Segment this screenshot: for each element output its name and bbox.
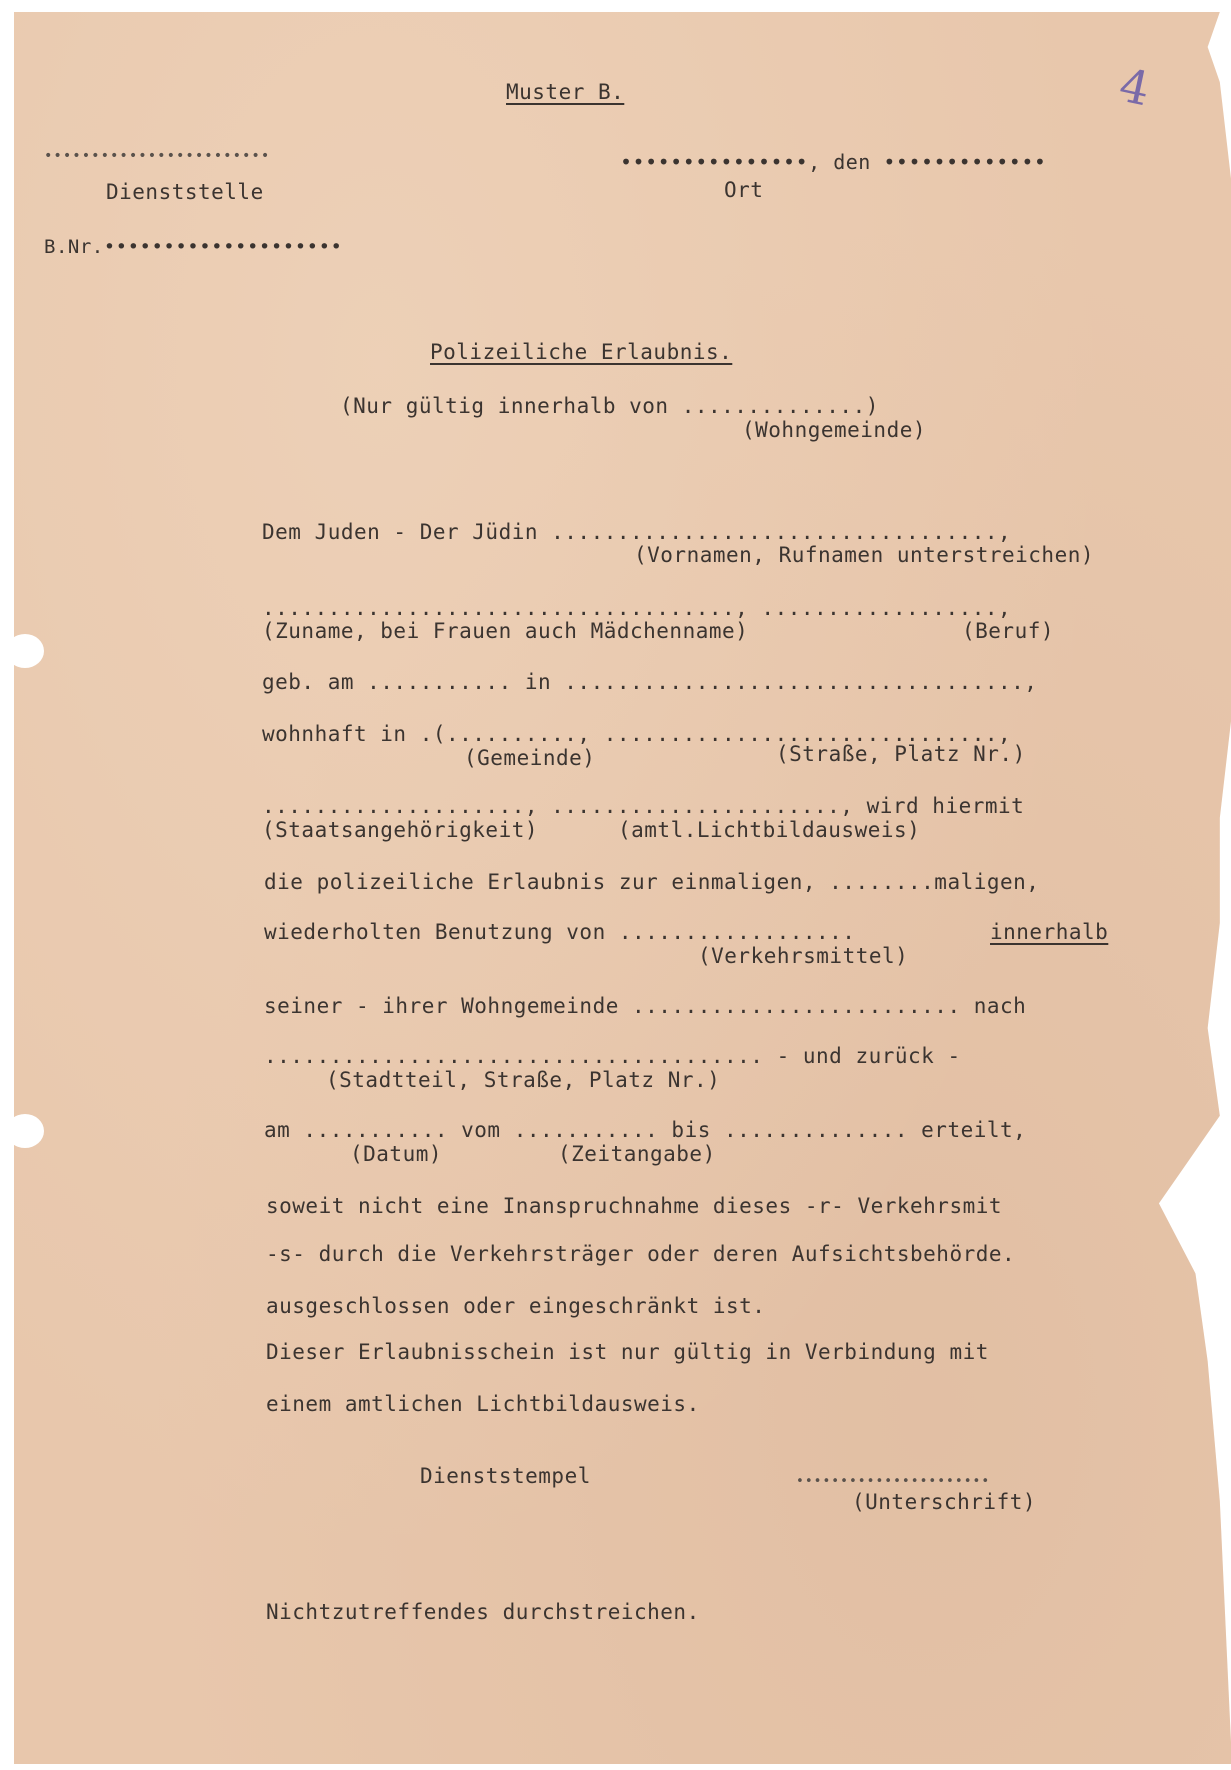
usage-line: wiederholten Benutzung von .............… [264,920,855,944]
body-line: einem amtlichen Lichtbildausweis. [266,1392,700,1416]
validity-line: (Nur gültig innerhalb von ..............… [340,394,879,418]
destination-line: ...................................... -… [264,1044,961,1068]
birth-line: geb. am ........... in .................… [262,670,1037,694]
ort-label: Ort [724,178,763,202]
strike-note: Nichtzutreffendes durchstreichen. [266,1600,700,1624]
permit-heading: Polizeiliche Erlaubnis. [430,340,732,364]
permission-line: die polizeiliche Erlaubnis zur einmalige… [264,870,1039,894]
usage-emphasis: innerhalb [990,920,1108,944]
nationality-line: ...................., ..................… [262,794,1024,818]
nationality-label: (Staatsangehörigkeit) [262,818,538,842]
body-line: soweit nicht eine Inanspruchnahme dieses… [266,1194,1002,1218]
dienststelle-label: Dienststelle [106,180,264,204]
dienststelle-field: •••••••••••••••••••••••• [44,148,270,164]
name-label: (Vornamen, Rufnamen unterstreichen) [634,543,1094,567]
id-label: (amtl.Lichtbildausweis) [618,818,920,842]
body-line: -s- durch die Verkehrsträger oder deren … [266,1242,1015,1266]
surname-line: ...................................., ..… [262,596,1011,620]
date-line: am ........... vom ........... bis .....… [264,1118,1026,1142]
strasse-label: (Straße, Platz Nr.) [776,742,1026,766]
signature-field: •••••••••••••••••••••• [796,1474,990,1489]
name-line: Dem Juden - Der Jüdin ..................… [262,520,1011,544]
destination-label: (Stadtteil, Straße, Platz Nr.) [326,1068,720,1092]
municipality-line: seiner - ihrer Wohngemeinde ............… [264,994,1026,1018]
ort-date-line: •••••••••••••••, den ••••••••••••• [620,150,1046,174]
punch-hole [6,634,44,668]
time-label: (Zeitangabe) [558,1142,716,1166]
gemeinde-label: (Gemeinde) [464,746,595,770]
date-label: (Datum) [350,1142,442,1166]
stamp-label: Dienststempel [420,1464,591,1488]
validity-label: (Wohngemeinde) [742,418,926,442]
bnr-line: B.Nr.•••••••••••••••••••• [44,236,342,258]
body-line: ausgeschlossen oder eingeschränkt ist. [266,1294,765,1318]
form-title: Muster B. [506,80,624,104]
body-line: Dieser Erlaubnisschein ist nur gültig in… [266,1340,989,1364]
surname-label: (Zuname, bei Frauen auch Mädchenname) [262,619,748,643]
signature-label: (Unterschrift) [852,1490,1036,1514]
punch-hole [6,1114,44,1148]
transport-label: (Verkehrsmittel) [698,944,908,968]
beruf-label: (Beruf) [962,619,1054,643]
